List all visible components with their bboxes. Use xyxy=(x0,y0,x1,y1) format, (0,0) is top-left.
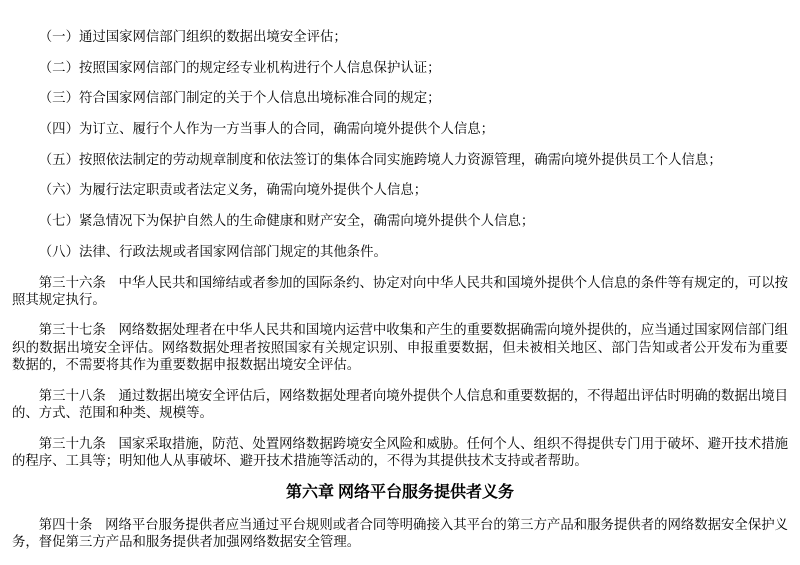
article-39: 第三十九条国家采取措施，防范、处置网络数据跨境安全风险和威胁。任何个人、组织不得… xyxy=(12,435,788,470)
article-40: 第四十条网络平台服务提供者应当通过平台规则或者合同等明确接入其平台的第三方产品和… xyxy=(12,516,788,551)
article-36-number: 第三十六条 xyxy=(39,275,106,290)
article-38-text: 通过数据出境安全评估后，网络数据处理者向境外提供个人信息和重要数据的，不得超出评… xyxy=(12,388,788,420)
list-item-7: （七）紧急情况下为保护自然人的生命健康和财产安全，确需向境外提供个人信息； xyxy=(12,212,788,229)
article-36: 第三十六条中华人民共和国缔结或者参加的国际条约、协定对向中华人民共和国境外提供个… xyxy=(12,274,788,309)
list-item-4: （四）为订立、履行个人作为一方当事人的合同，确需向境外提供个人信息； xyxy=(12,120,788,137)
article-36-text: 中华人民共和国缔结或者参加的国际条约、协定对向中华人民共和国境外提供个人信息的条… xyxy=(12,275,788,307)
article-38-number: 第三十八条 xyxy=(39,388,106,403)
list-item-6: （六）为履行法定职责或者法定义务，确需向境外提供个人信息； xyxy=(12,181,788,198)
list-item-8: （八）法律、行政法规或者国家网信部门规定的其他条件。 xyxy=(12,243,788,260)
list-item-5: （五）按照依法制定的劳动规章制度和依法签订的集体合同实施跨境人力资源管理，确需向… xyxy=(12,151,788,168)
article-40-number: 第四十条 xyxy=(39,517,93,532)
article-39-number: 第三十九条 xyxy=(39,436,106,451)
document-page: （一）通过国家网信部门组织的数据出境安全评估； （二）按照国家网信部门的规定经专… xyxy=(0,0,800,565)
article-38: 第三十八条通过数据出境安全评估后，网络数据处理者向境外提供个人信息和重要数据的，… xyxy=(12,387,788,422)
article-37: 第三十七条网络数据处理者在中华人民共和国境内运营中收集和产生的重要数据确需向境外… xyxy=(12,321,788,373)
article-39-text: 国家采取措施，防范、处置网络数据跨境安全风险和威胁。任何个人、组织不得提供专门用… xyxy=(12,436,788,468)
article-40-text: 网络平台服务提供者应当通过平台规则或者合同等明确接入其平台的第三方产品和服务提供… xyxy=(12,517,788,549)
article-37-number: 第三十七条 xyxy=(39,322,106,337)
list-item-3: （三）符合国家网信部门制定的关于个人信息出境标准合同的规定； xyxy=(12,89,788,106)
list-item-1: （一）通过国家网信部门组织的数据出境安全评估； xyxy=(12,28,788,45)
list-item-2: （二）按照国家网信部门的规定经专业机构进行个人信息保护认证； xyxy=(12,59,788,76)
article-37-text: 网络数据处理者在中华人民共和国境内运营中收集和产生的重要数据确需向境外提供的，应… xyxy=(12,322,788,372)
chapter-heading: 第六章 网络平台服务提供者义务 xyxy=(12,483,788,503)
